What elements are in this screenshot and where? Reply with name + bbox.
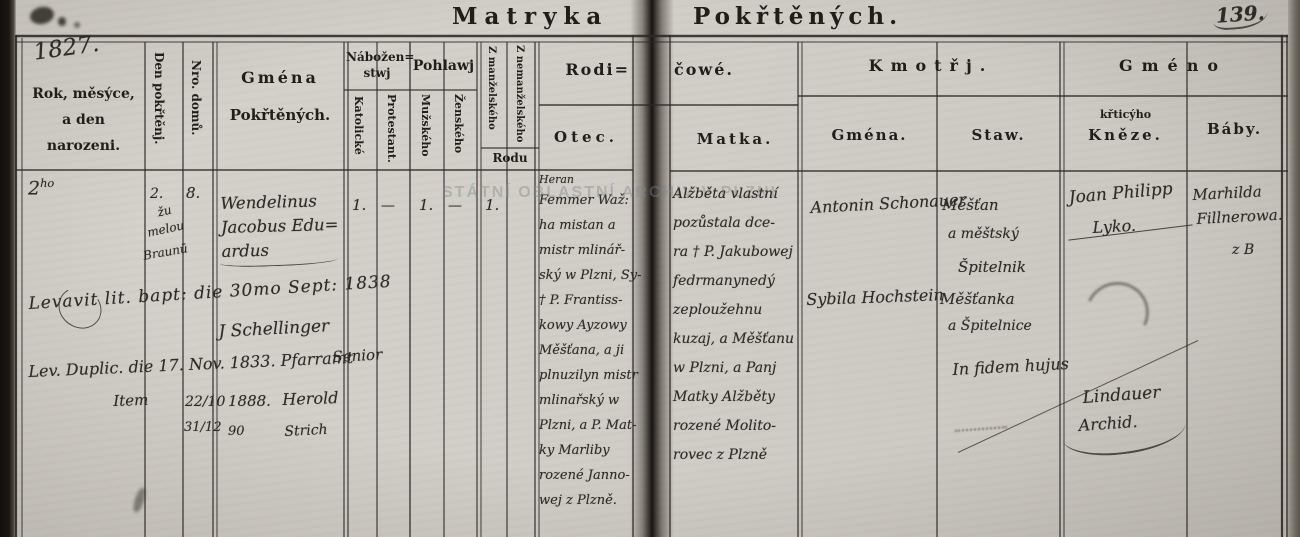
col-header-house-no: Nro. domů. <box>189 60 203 165</box>
col-header-names-line2: Pokřtěných. <box>217 106 343 124</box>
col-header-legitimate: Z manželského <box>486 46 497 146</box>
entry-baptism-day: 2. <box>150 186 163 202</box>
register-title-right: Pokřtěných. <box>693 3 902 30</box>
col-header-catholic: Katolické <box>352 96 365 168</box>
col-header-sex: Pohlawj <box>410 58 477 74</box>
note-item1-name: Herold <box>282 388 339 409</box>
note-item2-date: 31/12 <box>184 420 221 435</box>
entry-midwife-name: z B <box>1232 242 1254 258</box>
entry-birth-day: 2ho <box>28 176 54 199</box>
entry-baptized-name: Wendelinus Jacobus Edu= ardus <box>220 189 339 264</box>
note-item: Item <box>113 391 149 410</box>
entry-godparent1-status: a měštský <box>948 226 1019 242</box>
entry-house-number: 8. <box>186 184 200 202</box>
col-header-father: Otec. <box>539 128 633 146</box>
col-header-rodu: Rodu <box>481 151 539 165</box>
col-header-female: Ženského <box>452 94 465 168</box>
entry-protestant-mark: — <box>381 198 395 214</box>
col-header-names-line1: Gména <box>217 68 343 87</box>
col-header-godparent-names: Gména. <box>802 126 937 144</box>
col-header-name-of: Gméno <box>1064 56 1282 75</box>
col-header-priest-line1: křticýho <box>1064 108 1187 121</box>
entry-priest-name: Lyko. <box>1092 216 1136 237</box>
col-header-priest-line2: Kněze. <box>1064 126 1187 144</box>
col-header-religion-line1: Nábožen= <box>346 50 408 64</box>
col-header-birth-line3: narozeni. <box>22 138 145 154</box>
col-header-midwife: Báby. <box>1187 120 1282 138</box>
col-header-mother: Matka. <box>672 130 798 148</box>
register-title-left: Matryka <box>452 3 608 30</box>
col-header-godparents: Kmotřj. <box>802 56 1060 75</box>
col-header-protestant: Protestant. <box>385 94 398 168</box>
entry-godparent1-status: Měšťan <box>942 196 999 214</box>
col-header-male: Mužského <box>419 94 432 168</box>
entry-mother: Alžběta vlastní pozůstala dce- ra † P. J… <box>673 180 795 470</box>
entry-godparent2-status: Měšťanka <box>940 290 1015 308</box>
note-item2-name: Strich <box>284 422 328 440</box>
col-header-parents-right: čowé. <box>674 60 734 79</box>
entry-father: Heran Femmer Waž: ha mistan a mistr mlin… <box>539 172 633 513</box>
col-header-birth-line2: a den <box>22 112 145 128</box>
entry-midwife-name: Marhilda <box>1192 182 1262 204</box>
entry-godparent1-status: Špitelnik <box>958 258 1026 276</box>
entry-godparent2-status: a Špitelnice <box>948 318 1032 334</box>
col-header-religion-line2: stwj <box>346 66 408 80</box>
entry-legitimate-mark: 1. <box>485 196 499 214</box>
baptism-register-scan: Matryka Pokřtěných. 139. STÁTNÍ OBLASTNÍ… <box>0 0 1300 537</box>
col-header-illegitimate: Z nemanželského <box>514 45 525 146</box>
note-item1-date: 22/10 <box>185 394 225 410</box>
entry-catholic-mark: 1. <box>352 196 366 214</box>
entry-female-mark: — <box>448 198 462 214</box>
note-item2-year: 90 <box>228 424 245 439</box>
col-header-parents-left: Rodi= <box>556 60 630 79</box>
entry-male-mark: 1. <box>419 196 433 214</box>
col-header-birth-line1: Rok, měsýce, <box>22 86 145 102</box>
note-item1-year: 1888. <box>228 392 271 410</box>
col-header-baptism-day: Den pokřtěnj. <box>152 52 166 167</box>
col-header-godparent-status: Staw. <box>937 126 1060 144</box>
